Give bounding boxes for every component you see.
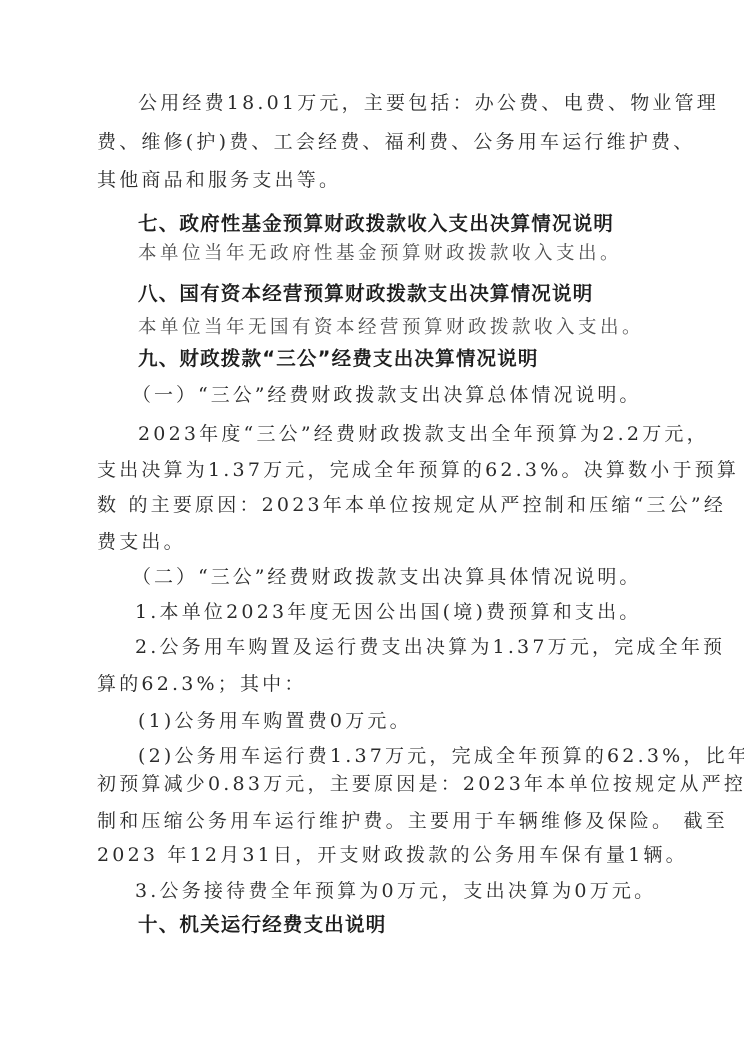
paragraph-three-public-overall-line-2: 支出决算为1.37万元，完成全年预算的62.3%。决算数小于预算 bbox=[97, 459, 739, 481]
paragraph-public-funds-line-2: 费、维修(护)费、工会经费、福利费、公务用车运行维护费、 bbox=[97, 131, 695, 153]
section-heading-8: 八、国有资本经营预算财政拨款支出决算情况说明 bbox=[138, 283, 593, 305]
item-2-2-vehicle-operation-line-2: 初预算减少0.83万元，主要原因是：2023年本单位按规定从严控 bbox=[97, 773, 744, 795]
item-3-reception: 3.公务接待费全年预算为0万元，支出决算为0万元。 bbox=[135, 880, 656, 902]
section-heading-9: 九、财政拨款“三公”经费支出决算情况说明 bbox=[138, 348, 539, 370]
paragraph-three-public-overall-line-1: 2023年度“三公”经费财政拨款支出全年预算为2.2万元， bbox=[138, 423, 709, 445]
paragraph-three-public-overall-line-3: 数 的主要原因：2023年本单位按规定从严控制和压缩“三公”经 bbox=[97, 494, 726, 516]
item-2-2-vehicle-operation-line-4: 2023 年12月31日，开支财政拨款的公务用车保有量1辆。 bbox=[97, 844, 688, 866]
item-2-2-vehicle-operation-line-1: (2)公务用车运行费1.37万元，完成全年预算的62.3%，比年 bbox=[138, 745, 744, 767]
item-2-vehicles-line-2: 算的62.3%；其中： bbox=[97, 673, 307, 695]
section-heading-10: 十、机关运行经费支出说明 bbox=[138, 914, 386, 936]
section-8-body: 本单位当年无国有资本经营预算财政拨款收入支出。 bbox=[138, 317, 644, 339]
paragraph-public-funds-line-1: 公用经费18.01万元，主要包括：办公费、电费、物业管理 bbox=[138, 92, 719, 114]
section-heading-7: 七、政府性基金预算财政拨款收入支出决算情况说明 bbox=[138, 213, 614, 235]
item-2-1-vehicle-purchase: (1)公务用车购置费0万元。 bbox=[138, 710, 412, 732]
subheading-9-2: （二）“三公”经费财政拨款支出决算具体情况说明。 bbox=[132, 566, 641, 588]
subheading-9-1: （一）“三公”经费财政拨款支出决算总体情况说明。 bbox=[132, 384, 641, 406]
document-page: 公用经费18.01万元，主要包括：办公费、电费、物业管理 费、维修(护)费、工会… bbox=[0, 0, 744, 1052]
section-7-body: 本单位当年无政府性基金预算财政拨款收入支出。 bbox=[138, 243, 622, 265]
item-2-2-vehicle-operation-line-3: 制和压缩公务用车运行维护费。主要用于车辆维修及保险。 截至 bbox=[97, 810, 728, 832]
item-2-vehicles-line-1: 2.公务用车购置及运行费支出决算为1.37万元，完成全年预 bbox=[135, 636, 725, 658]
item-1-overseas: 1.本单位2023年度无因公出国(境)费预算和支出。 bbox=[135, 601, 642, 623]
paragraph-public-funds-line-3: 其他商品和服务支出等。 bbox=[97, 169, 341, 191]
paragraph-three-public-overall-line-4: 费支出。 bbox=[97, 531, 186, 553]
